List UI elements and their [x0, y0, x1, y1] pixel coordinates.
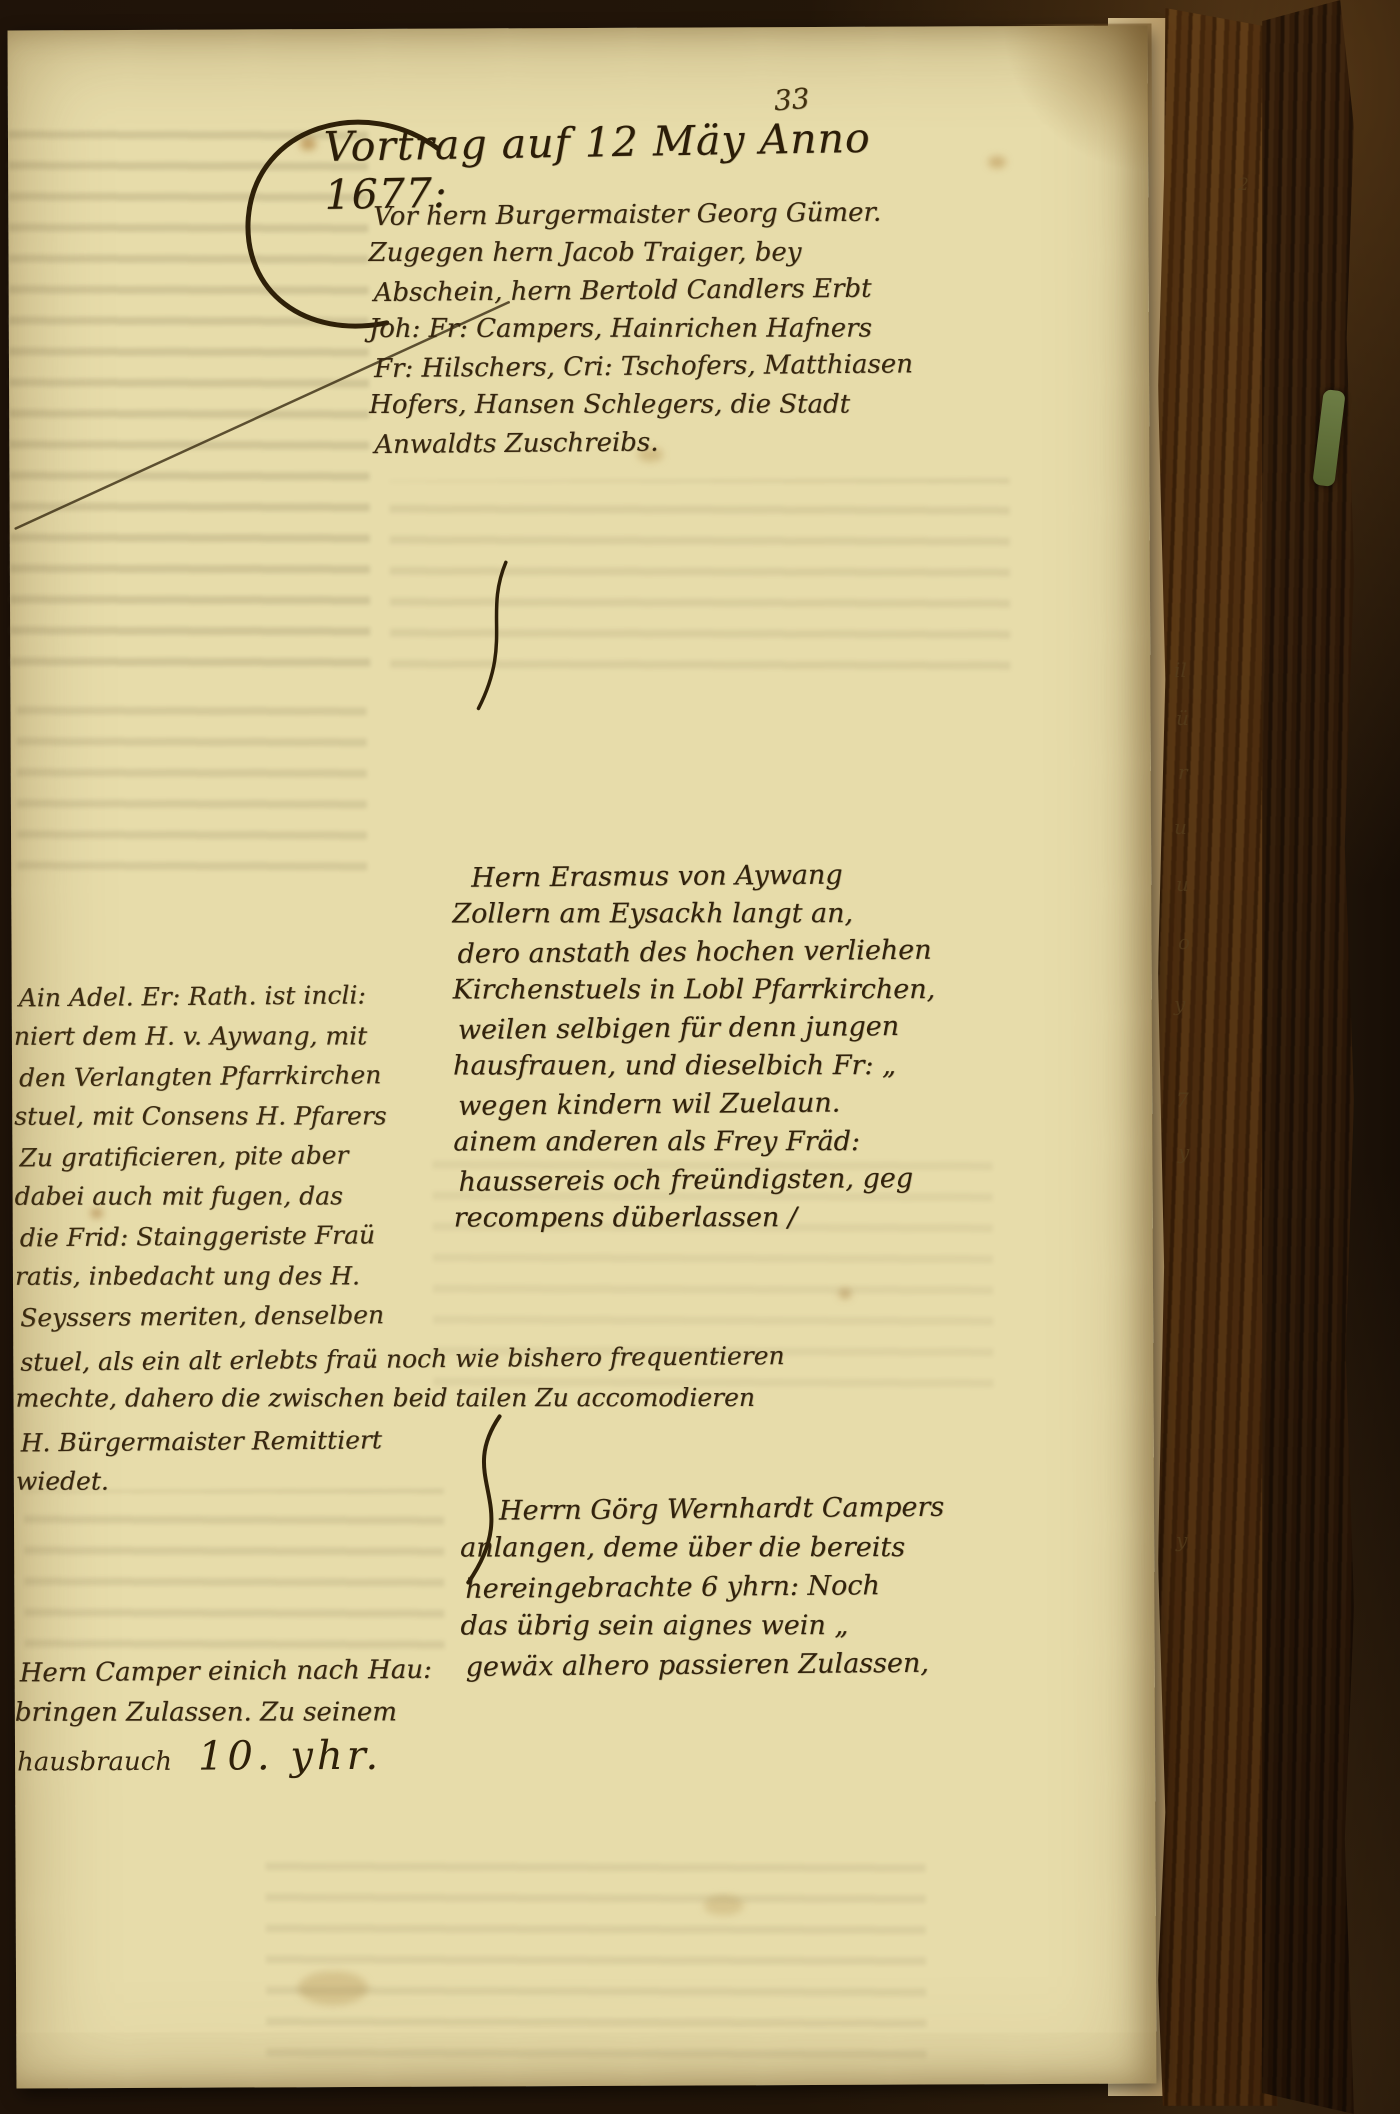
petition-line: ainem anderen als Frey Fräd:	[453, 1123, 1063, 1162]
attendance-line: Anwaldts Zuschreibs.	[374, 421, 914, 464]
petition-line: Kirchenstuels in Lobl Pfarrkirchen,	[453, 971, 1063, 1010]
fore-edge-mark: y	[1176, 1528, 1187, 1552]
fore-edge-mark: ü	[1176, 706, 1189, 730]
attendance-line: Hofers, Hansen Schlegers, die Stadt	[369, 386, 909, 424]
margin-line: den Verlangten Pfarrkirchen	[19, 1055, 459, 1099]
margin-line: Zu gratificieren, pite aber	[19, 1135, 459, 1179]
petition-line: wegen kindern wil Zuelaun.	[458, 1083, 1068, 1126]
disposition-line: bringen Zulassen. Zu seinem	[15, 1692, 445, 1733]
page-corner-curl	[1001, 24, 1152, 175]
fore-edge-mark: 7	[1176, 1088, 1189, 1112]
petition-paragraph: Hern Erasmus von AywangZollern am Eysack…	[454, 856, 1066, 1239]
petition-line: Hern Erasmus von Aywang	[471, 855, 1067, 898]
petition-line: das übrig sein aignes wein „	[460, 1606, 1070, 1646]
petition-line: dero anstath des hochen verliehen	[457, 931, 1067, 974]
petition-line: anlangen, deme über die bereits	[460, 1528, 1070, 1568]
fore-edge-mark: 2	[1238, 175, 1249, 195]
marginal-resolution-note-end: H. Bürgermaister Remittiertwiedet.	[18, 1420, 478, 1502]
fore-edge-mark: u	[1176, 872, 1189, 896]
fore-edge-mark: y	[1178, 1140, 1189, 1164]
petition-line: gewäx alhero passieren Zulassen,	[465, 1643, 1075, 1687]
attendance-line: Fr: Hilschers, Cri: Tschofers, Matthiase…	[374, 345, 914, 388]
folio-number: 33	[773, 82, 811, 118]
petition-line: hausfrauen, und dieselbich Fr: „	[453, 1047, 1063, 1086]
attendance-line: Joh: Fr: Campers, Hainrichen Hafners	[369, 310, 909, 348]
petition-line: Zollern am Eysackh langt an,	[452, 895, 1062, 934]
disposition-note: Hern Camper einich nach Hau:bringen Zula…	[17, 1651, 447, 1735]
stain	[988, 156, 1006, 168]
margin-line: mechte, dahero die zwischen beid tailen …	[15, 1378, 1075, 1419]
fore-edge-mark: y	[1174, 992, 1185, 1016]
second-petition-paragraph: Herrn Görg Wernhardt Campersanlangen, de…	[462, 1488, 1073, 1686]
margin-line: Ain Adel. Er: Rath. ist incli:	[19, 975, 459, 1019]
disposition-amount-row: hausbrauch10. yhr.	[17, 1733, 382, 1781]
fore-edge-mark: o	[1178, 930, 1190, 954]
bleedthrough-text	[16, 701, 367, 893]
manuscript-photo: { "page": { "number": "33", "title": "Vo…	[0, 0, 1400, 2114]
petition-line: weilen selbigen für denn jungen	[458, 1007, 1068, 1050]
manuscript-page: 33 Vortrag auf 12 Mäy Anno 1677: Vor her…	[8, 26, 1157, 2089]
margin-line: die Frid: Stainggeriste Fraü	[20, 1215, 460, 1259]
attendance-paragraph: Vor hern Burgermaister Georg Gümer.Zugeg…	[370, 195, 911, 463]
fore-edge-mark: u	[1174, 815, 1187, 839]
petition-line: recompens düberlassen /	[454, 1199, 1064, 1238]
attendance-line: Zugegen hern Jacob Traiger, bey	[368, 234, 908, 272]
wine-quantity: 10. yhr.	[198, 1733, 382, 1780]
petition-line: Herrn Görg Wernhardt Campers	[499, 1487, 1075, 1531]
fore-edge-mark: r	[1178, 760, 1188, 784]
petition-line: hereingebrachte 6 yhrn: Noch	[465, 1565, 1075, 1609]
margin-line: stuel, mit Consens H. Pfarers	[14, 1096, 454, 1136]
margin-line: wiedet.	[16, 1461, 476, 1501]
margin-line: H. Bürgermaister Remittiert	[21, 1419, 481, 1463]
bleedthrough-text	[265, 1857, 926, 2080]
margin-line: dabei auch mit fugen, das	[15, 1176, 455, 1216]
margin-line: niert dem H. v. Aywang, mit	[14, 1016, 454, 1056]
fore-edge-ink-marks: 2ilüruuoy7yy	[1160, 0, 1230, 2114]
disposition-last-word: hausbrauch	[17, 1747, 172, 1778]
margin-line: stuel, als ein alt erlebts fraü noch wie…	[20, 1334, 1080, 1383]
attendance-line: Abschein, hern Bertold Candlers Erbt	[374, 269, 914, 312]
fore-edge-mark: il	[1174, 658, 1187, 682]
marginal-resolution-note: Ain Adel. Er: Rath. ist incli:niert dem …	[16, 976, 458, 1338]
fore-edge-layer-far	[1262, 0, 1354, 2114]
margin-line: Seyssers meriten, denselben	[20, 1295, 460, 1339]
margin-line: ratis, inbedacht ung des H.	[15, 1256, 455, 1296]
petition-line: haussereis och freündigsten, geg	[458, 1159, 1068, 1202]
attendance-line: Vor hern Burgermaister Georg Gümer.	[373, 193, 913, 236]
bleedthrough-text	[24, 1489, 445, 1671]
paragraph-stroke	[460, 556, 531, 716]
marginal-resolution-note-wide: stuel, als ein alt erlebts fraü noch wie…	[17, 1336, 1077, 1421]
disposition-line: Hern Camper einich nach Hau:	[20, 1650, 450, 1695]
